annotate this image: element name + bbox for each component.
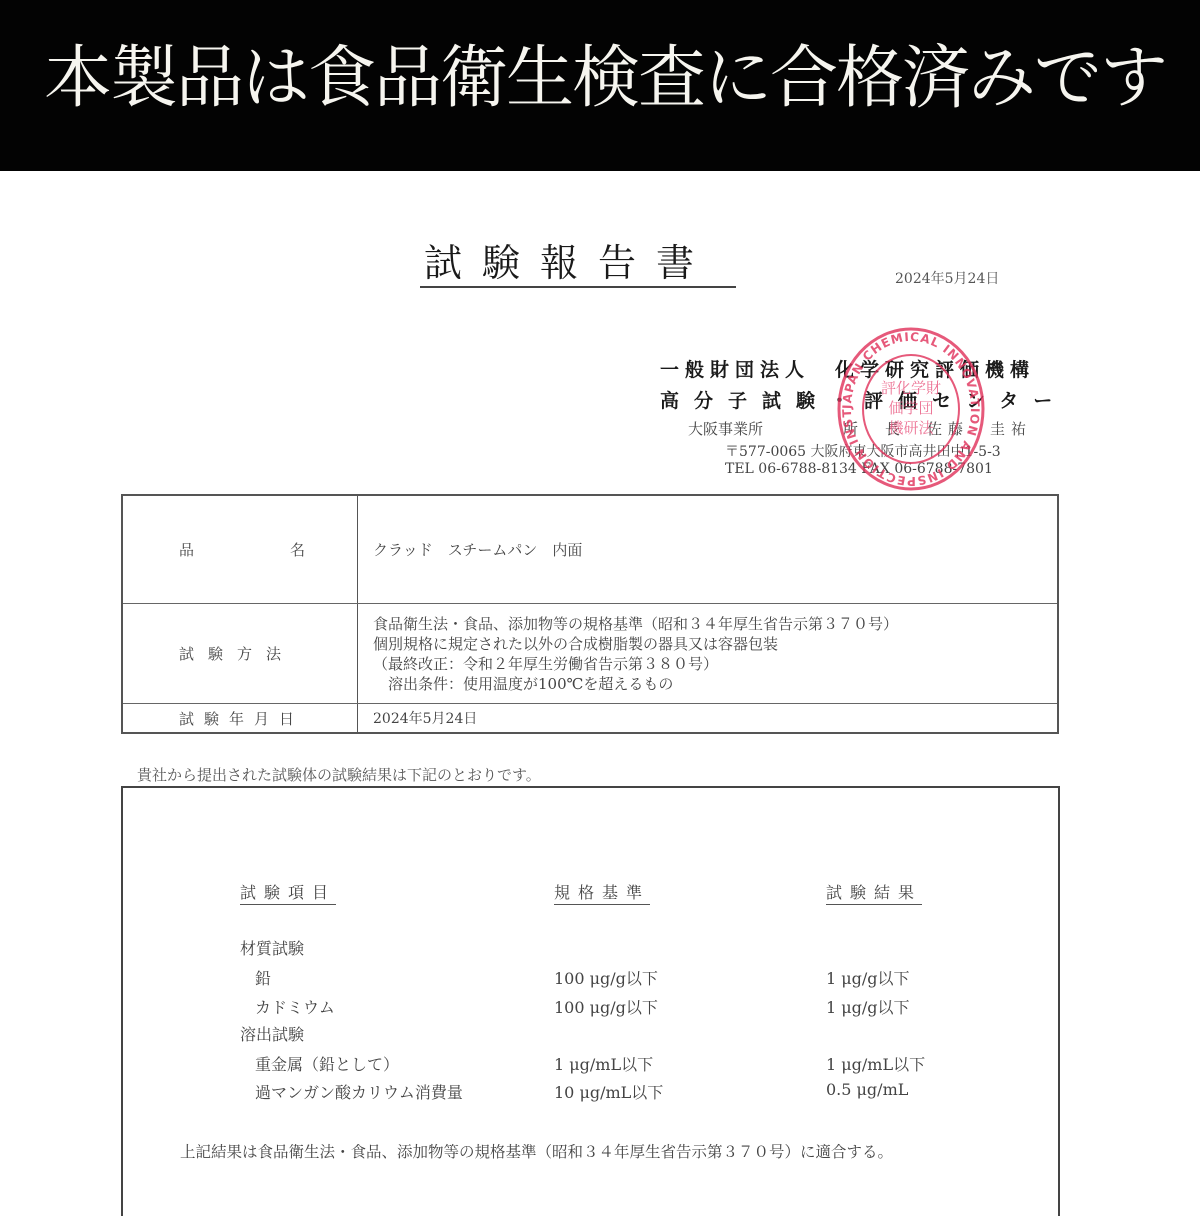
result-item: カドミウム: [255, 995, 335, 1018]
result-value: 1 μg/g以下: [826, 995, 910, 1018]
issuer-organization: 一般財団法人 化学研究評価機構: [660, 355, 1035, 382]
test-method-label: 試験方法: [123, 604, 358, 703]
issuer-director: 所 長 佐藤 圭祐: [843, 418, 1032, 439]
headline-banner: 本製品は食品衛生検査に合格済みです: [0, 0, 1200, 171]
result-value: 1 μg/mL以下: [826, 1052, 925, 1075]
test-method-line: 食品衛生法・食品、添加物等の規格基準（昭和３４年厚生省告示第３７０号）: [373, 614, 898, 634]
column-header-result: 試験結果: [826, 880, 922, 905]
result-item: 溶出試験: [240, 1022, 304, 1045]
label-char-2: 名: [290, 539, 305, 560]
result-group-elution-test: 溶出試験: [0, 1022, 1200, 1048]
result-row-lead: 鉛 100 μg/g以下 1 μg/g以下: [0, 966, 1200, 992]
result-item: 材質試験: [240, 936, 304, 959]
result-row-heavy-metals: 重金属（鉛として） 1 μg/mL以下 1 μg/mL以下: [0, 1052, 1200, 1078]
test-method-line: （最終改正：令和２年厚生労働省告示第３８０号）: [373, 654, 898, 674]
conformity-statement: 上記結果は食品衛生法・食品、添加物等の規格基準（昭和３４年厚生省告示第３７０号）…: [180, 1140, 893, 1162]
test-date-value: 2024年5月24日: [373, 704, 1057, 732]
label-char-1: 品: [179, 539, 194, 560]
result-standard: 100 μg/g以下: [554, 995, 658, 1018]
product-name-value: クラッド スチームパン 内面: [373, 496, 1057, 603]
result-value: 1 μg/g以下: [826, 966, 910, 989]
column-header-test-item: 試験項目: [240, 880, 336, 905]
result-row-kmno4-consumption: 過マンガン酸カリウム消費量 10 μg/mL以下 0.5 μg/mL: [0, 1080, 1200, 1106]
product-name-label: 品 名: [123, 496, 358, 603]
result-item: 過マンガン酸カリウム消費量: [255, 1080, 463, 1103]
result-item: 鉛: [255, 966, 271, 989]
sample-info-table: 品 名 クラッド スチームパン 内面 試験方法 食品衛生法・食品、添加物等の規格…: [121, 494, 1059, 734]
report-date: 2024年5月24日: [895, 268, 999, 288]
info-row-test-method: 試験方法 食品衛生法・食品、添加物等の規格基準（昭和３４年厚生省告示第３７０号）…: [123, 604, 1057, 704]
result-standard: 1 μg/mL以下: [554, 1052, 653, 1075]
info-row-test-date: 試験年月日 2024年5月24日: [123, 704, 1057, 732]
result-standard: 10 μg/mL以下: [554, 1080, 663, 1103]
issuer-address: 〒577-0065 大阪府東大阪市高井田中1-5-3: [725, 441, 1001, 461]
results-intro: 貴社から提出された試験体の試験結果は下記のとおりです。: [137, 764, 541, 785]
column-header-standard: 規格基準: [554, 880, 650, 905]
banner-headline: 本製品は食品衛生検査に合格済みです: [44, 34, 1166, 124]
test-date-label: 試験年月日: [123, 704, 358, 732]
issuer-phone-fax: TEL 06-6788-8134 FAX 06-6788-7801: [725, 461, 993, 477]
issuer-center: 高分子試験・評価センター: [660, 386, 1067, 413]
result-standard: 100 μg/g以下: [554, 966, 658, 989]
results-box: [121, 786, 1060, 1200]
report-title: 試験報告書: [420, 240, 736, 288]
test-method-value: 食品衛生法・食品、添加物等の規格基準（昭和３４年厚生省告示第３７０号） 個別規格…: [373, 604, 1057, 703]
test-method-line: 溶出条件：使用温度が100℃を超えるもの: [373, 674, 898, 694]
result-row-cadmium: カドミウム 100 μg/g以下 1 μg/g以下: [0, 995, 1200, 1021]
result-value: 0.5 μg/mL: [826, 1080, 908, 1099]
result-item: 重金属（鉛として）: [255, 1052, 399, 1075]
result-group-material-test: 材質試験: [0, 936, 1200, 962]
issuer-office: 大阪事業所: [688, 418, 763, 439]
info-row-product-name: 品 名 クラッド スチームパン 内面: [123, 496, 1057, 604]
test-method-line: 個別規格に規定された以外の合成樹脂製の器具又は容器包装: [373, 634, 898, 654]
